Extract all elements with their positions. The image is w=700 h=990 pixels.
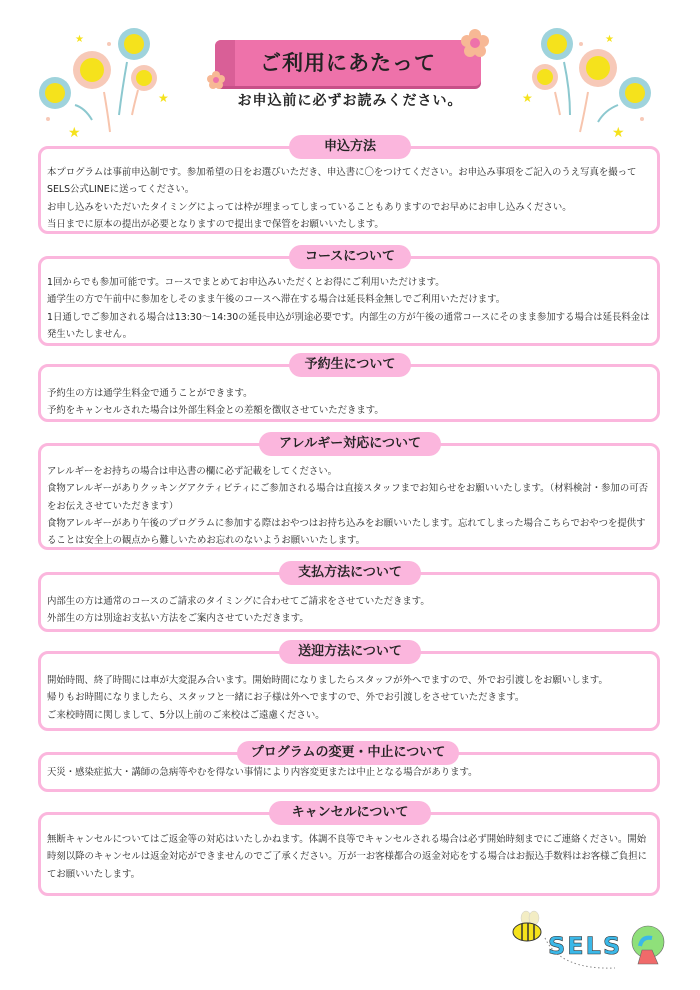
section-body: 開始時間、終了時間には車が大変混み合います。開始時間になりましたらスタッフが外へ… (47, 672, 649, 724)
section-heading: プログラムの変更・中止について (237, 741, 459, 765)
section-reserved-students: 予約生について 予約生の方は通学生料金で通うことができます。 予約をキャンセルさ… (38, 364, 660, 422)
body-line: てお願いいたします。 (47, 866, 649, 883)
body-line: 内部生の方は通常のコースのご請求のタイミングに合わせてご請求をさせていただきます… (47, 593, 649, 610)
section-heading: 支払方法について (279, 561, 421, 585)
body-line: ご来校時間に関しまして、5分以上前のご来校はご遠慮ください。 (47, 707, 649, 724)
section-heading: アレルギー対応について (259, 432, 441, 456)
section-heading: コースについて (289, 245, 411, 269)
section-heading: キャンセルについて (269, 801, 431, 825)
body-line: アレルギーをお持ちの場合は申込書の欄に必ず記載をしてください。 (47, 463, 649, 480)
body-line: SELS公式LINEに送ってください。 (47, 181, 649, 198)
header: ★ ★ ★ ★ ★ ★ ご利用にあたって (0, 0, 700, 130)
body-line: 予約をキャンセルされた場合は外部生料金との差額を徴収させていただきます。 (47, 402, 649, 419)
body-line: お申し込みをいただいたタイミングによっては枠が埋まってしまっていることもあります… (47, 199, 649, 216)
body-line: 食物アレルギーがあり午後のプログラムに参加する際はおやつはお持ち込みをお願いいた… (47, 515, 649, 532)
section-program-change: プログラムの変更・中止について 天災・感染症拡大・講師の急病等やむを得ない事情に… (38, 752, 660, 792)
flower-decoration-left: ★ ★ ★ (30, 20, 200, 140)
page-title: ご利用にあたって (215, 40, 481, 86)
section-heading: 送迎方法について (279, 640, 421, 664)
body-line: 予約生の方は通学生料金で通うことができます。 (47, 385, 649, 402)
svg-text:★: ★ (605, 34, 614, 45)
body-line: 発生いたしません。 (47, 326, 649, 343)
flower-decoration-right: ★ ★ ★ (500, 20, 670, 140)
body-line: 帰りもお時間になりましたら、スタッフと一緒にお子様は外へでますので、外でお引渡し… (47, 689, 649, 706)
body-line: 無断キャンセルについてはご返金等の対応はいたしかねます。体調不良等でキャンセルさ… (47, 831, 649, 848)
section-body: 内部生の方は通常のコースのご請求のタイミングに合わせてご請求をさせていただきます… (47, 593, 649, 628)
body-line: ることは安全上の観点から難しいためお忘れのないようお願いいたします。 (47, 532, 649, 549)
section-body: 無断キャンセルについてはご返金等の対応はいたしかねます。体調不良等でキャンセルさ… (47, 831, 649, 883)
section-heading: 申込方法 (289, 135, 411, 159)
flower-icon (206, 70, 226, 90)
section-body: 本プログラムは事前申込制です。参加希望の日をお選びいただき、申込書に〇をつけてく… (47, 164, 649, 233)
body-line: 食物アレルギーがありクッキングアクティビティにご参加される場合は直接スタッフまで… (47, 480, 649, 497)
body-line: 本プログラムは事前申込制です。参加希望の日をお選びいただき、申込書に〇をつけてく… (47, 164, 649, 181)
body-line: 外部生の方は別途お支払い方法をご案内させていただきます。 (47, 610, 649, 627)
section-allergy: アレルギー対応について アレルギーをお持ちの場合は申込書の欄に必ず記載をしてくだ… (38, 443, 660, 550)
page-subtitle: お申込前に必ずお読みください。 (0, 90, 700, 110)
svg-text:★: ★ (612, 125, 625, 140)
body-line: をお伝えさせていただきます） (47, 498, 649, 515)
section-body: 天災・感染症拡大・講師の急病等やむを得ない事情により内容変更または中止となる場合… (47, 764, 649, 781)
section-body: 1回からでも参加可能です。コースでまとめてお申込みいただくとお得にご利用いただけ… (47, 274, 649, 343)
body-line: 当日までに原本の提出が必要となりますので提出まで保管をお願いいたします。 (47, 216, 649, 233)
svg-text:★: ★ (75, 34, 84, 45)
section-course: コースについて 1回からでも参加可能です。コースでまとめてお申込みいただくとお得… (38, 256, 660, 346)
body-line: 1回からでも参加可能です。コースでまとめてお申込みいただくとお得にご利用いただけ… (47, 274, 649, 291)
section-application-method: 申込方法 本プログラムは事前申込制です。参加希望の日をお選びいただき、申込書に〇… (38, 146, 660, 234)
svg-text:★: ★ (68, 125, 81, 140)
body-line: 開始時間、終了時間には車が大変混み合います。開始時間になりましたらスタッフが外へ… (47, 672, 649, 689)
body-line: 時刻以降のキャンセルは返金対応ができませんのでご了承ください。万が一お客様都合の… (47, 848, 649, 865)
section-pickup-dropoff: 送迎方法について 開始時間、終了時間には車が大変混み合います。開始時間になりまし… (38, 651, 660, 731)
body-line: 1日通しでご参加される場合は13:30〜14:30の延長申込が別途必要です。内部… (47, 309, 649, 326)
title-banner: ご利用にあたって (215, 40, 481, 86)
section-cancellation: キャンセルについて 無断キャンセルについてはご返金等の対応はいたしかねます。体調… (38, 812, 660, 896)
logo-text: SELS (548, 932, 622, 960)
section-heading: 予約生について (289, 353, 411, 377)
body-line: 通学生の方で午前中に参加をしそのまま午後のコースへ滞在する場合は延長料金無しでご… (47, 291, 649, 308)
sels-logo: SELS (510, 910, 665, 980)
globe-icon (630, 924, 666, 968)
section-body: 予約生の方は通学生料金で通うことができます。 予約をキャンセルされた場合は外部生… (47, 385, 649, 420)
body-line: 天災・感染症拡大・講師の急病等やむを得ない事情により内容変更または中止となる場合… (47, 764, 649, 781)
section-payment: 支払方法について 内部生の方は通常のコースのご請求のタイミングに合わせてご請求を… (38, 572, 660, 632)
flower-icon (458, 28, 492, 58)
section-body: アレルギーをお持ちの場合は申込書の欄に必ず記載をしてください。 食物アレルギーが… (47, 463, 649, 549)
